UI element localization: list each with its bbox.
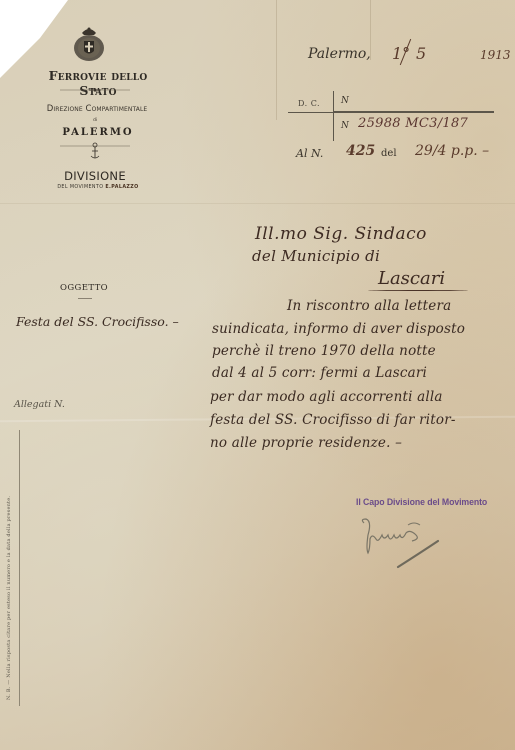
protocol-divider-vertical [333, 91, 334, 141]
addressee-town: Lascari [378, 268, 445, 289]
paper-crease [276, 0, 277, 120]
reply-to-date: 29/4 p.p. – [415, 143, 489, 159]
handwritten-signature-icon [358, 515, 478, 575]
protocol-n-label-1: N [341, 96, 349, 106]
dc-label: D. C. [298, 99, 320, 108]
body-line: perchè il treno 1970 della notte [212, 343, 436, 359]
side-note: N. B. — Nella risposta citare per esteso… [6, 496, 12, 700]
addressee-line-2: del Municipio di [252, 247, 380, 265]
division-sub-label: DEL MOVIMENTO [57, 185, 103, 190]
protocol-divider-horizontal [334, 111, 494, 113]
body-line: In riscontro alla lettera [287, 298, 451, 314]
letterhead-department: Direzione Compartimentale [22, 104, 172, 114]
reply-to-label: Al N. [296, 147, 323, 160]
subject-label: OGGETTO [60, 283, 108, 293]
subject-value: Festa del SS. Crocifisso. – [16, 314, 179, 329]
protocol-n-label-2: N [341, 121, 349, 131]
letterhead-division: DIVISIONE [40, 169, 150, 183]
body-line: no alle proprie residenze. – [210, 435, 402, 451]
signature-stamp: Il Capo Divisione del Movimento [356, 497, 487, 508]
reply-to-del: del [381, 148, 397, 159]
body-line: festa del SS. Crocifisso di far ritor- [210, 412, 456, 428]
protocol-divider-left [288, 112, 334, 113]
royal-crest-icon [72, 25, 106, 63]
body-line: suindicata, informo di aver disposto [212, 321, 465, 337]
protocol-number: 25988 MC3/187 [358, 116, 468, 131]
anchor-ornament-icon [60, 142, 130, 160]
reply-to-number: 425 [346, 143, 375, 159]
addressee-underline [368, 289, 468, 291]
body-line: dal 4 al 5 corr: fermi a Lascari [212, 365, 427, 381]
division-stamp: E.PALAZZO [105, 185, 138, 190]
date-month: 5 [416, 44, 426, 63]
letterhead-city: PALERMO [48, 127, 148, 138]
side-note-rule [19, 430, 20, 706]
body-line: per dar modo agli accorrenti alla [210, 389, 443, 405]
letterhead-preposition: di [80, 118, 110, 123]
attachments-label: Allegati N. [14, 399, 65, 410]
divider-ornament-icon [60, 86, 130, 94]
paper-fold-horizontal-upper [0, 203, 515, 204]
subject-rule [78, 298, 92, 299]
letterhead-division-sub: DEL MOVIMENTO E.PALAZZO [28, 185, 168, 190]
date-year: 1913 [480, 48, 511, 62]
addressee-line-1: Ill.mo Sig. Sindaco [255, 224, 427, 244]
date-place: Palermo, [308, 46, 371, 62]
